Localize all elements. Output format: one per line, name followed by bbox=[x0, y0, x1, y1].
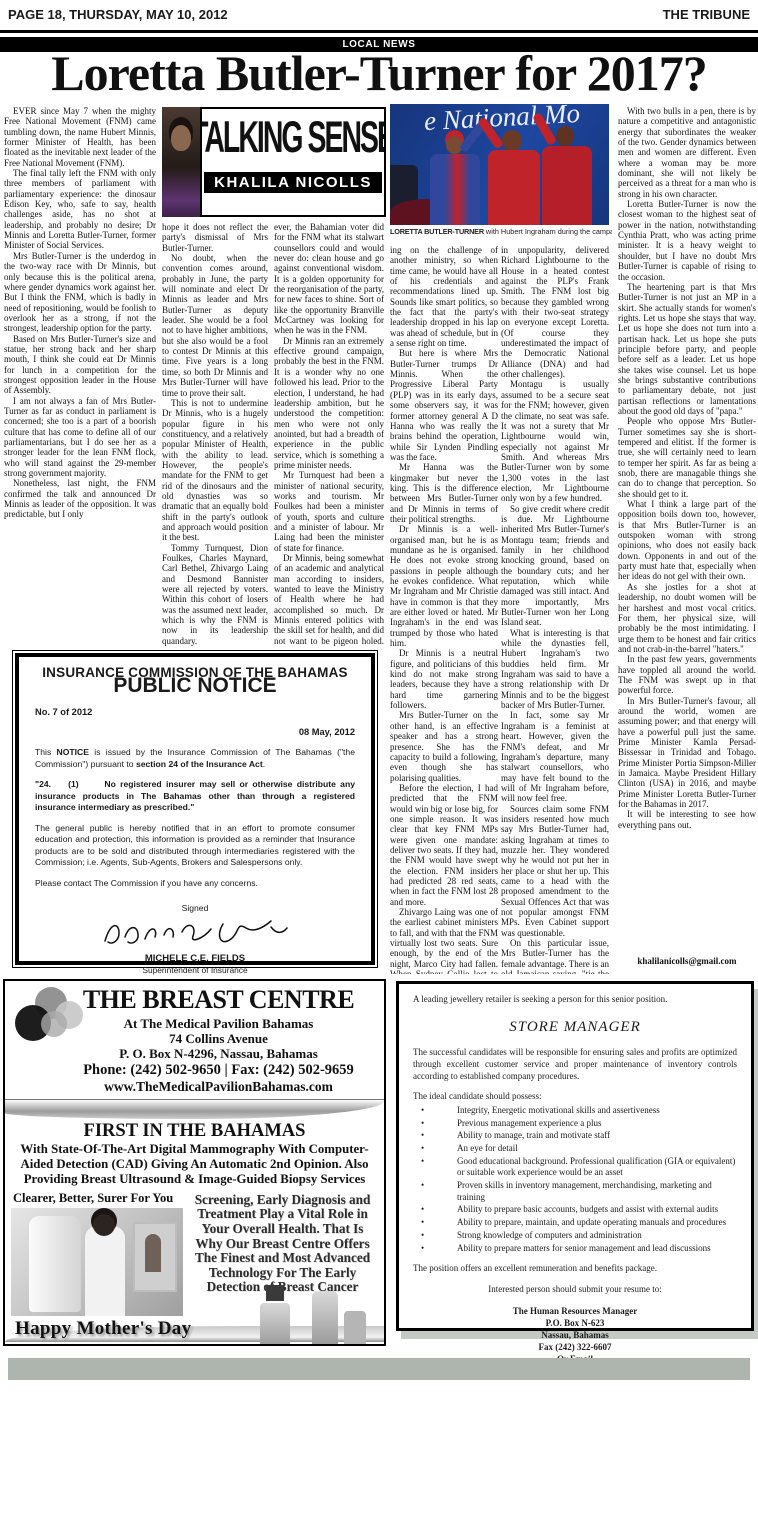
breast-centre-logo bbox=[15, 987, 81, 1045]
article-paragraph: It will be interesting to see how everyt… bbox=[618, 809, 756, 830]
requirement-item: Ability to manage, train and motivate st… bbox=[413, 1130, 737, 1142]
notice-paragraph-3: Please contact The Commission if you hav… bbox=[35, 878, 355, 890]
article-paragraph: Before the election, I had predicted tha… bbox=[390, 783, 498, 907]
article-paragraph: ing on the challenge of another ministry… bbox=[390, 245, 498, 348]
requirement-item: Ability to prepare basic accounts, budge… bbox=[413, 1204, 737, 1216]
notice-title: PUBLIC NOTICE bbox=[35, 680, 355, 692]
page-bottom-bar bbox=[8, 1358, 750, 1380]
logo-circle-mid bbox=[41, 1011, 67, 1037]
store-ad-interested: Interested person should submit your res… bbox=[413, 1284, 737, 1296]
breast-centre-line3: P. O. Box N-4296, Nassau, Bahamas bbox=[57, 1046, 380, 1061]
article-paragraph: Dr Minnis ran an extremely effective gro… bbox=[274, 336, 384, 470]
clearer-tagline: Clearer, Better, Surer For You bbox=[11, 1191, 189, 1206]
page-date: PAGE 18, THURSDAY, MAY 10, 2012 bbox=[8, 7, 228, 22]
store-manager-ad: A leading jewellery retailer is seeking … bbox=[396, 981, 754, 1331]
article-paragraph: Montagu is usually assumed to be a secur… bbox=[501, 379, 609, 503]
breast-centre-title: THE BREAST CENTRE bbox=[57, 985, 380, 1016]
article-column-3: ever, the Bahamian voter did for the FNM… bbox=[274, 222, 384, 647]
machine-shape-2 bbox=[266, 1285, 284, 1301]
contact-line: The Human Resources Manager bbox=[413, 1305, 737, 1317]
article-paragraph: ever, the Bahamian voter did for the FNM… bbox=[274, 222, 384, 336]
masthead: PAGE 18, THURSDAY, MAY 10, 2012 THE TRIB… bbox=[8, 7, 750, 22]
headline: Loretta Butler-Turner for 2017? bbox=[0, 47, 758, 100]
column-header-graphic: TALKING SENSE KHALILA NICOLLS bbox=[162, 107, 386, 217]
right-figure-body bbox=[542, 146, 592, 225]
breast-centre-line1: At The Medical Pavilion Bahamas bbox=[57, 1016, 380, 1031]
article-column-5: in unpopularity, delivered Richard Light… bbox=[501, 245, 609, 974]
mammography-machine-shape bbox=[29, 1216, 81, 1312]
store-ad-ideal-label: The ideal candidate should possess: bbox=[413, 1091, 737, 1103]
columnist-photo bbox=[162, 107, 200, 217]
article-paragraph: I am not always a fan of Mrs Butler-Turn… bbox=[4, 396, 156, 479]
equipment-image bbox=[260, 1285, 370, 1346]
column-header-box: TALKING SENSE KHALILA NICOLLS bbox=[200, 107, 386, 217]
requirement-item: Ability to prepare, maintain, and update… bbox=[413, 1217, 737, 1229]
article-column-4: ing on the challenge of another ministry… bbox=[390, 245, 498, 974]
article-paragraph: On this particular issue, Mrs Butler-Tur… bbox=[501, 938, 609, 974]
notice-date: 08 May, 2012 bbox=[35, 727, 355, 739]
article-paragraph: Mr Hanna was the kingmaker but never the… bbox=[390, 462, 498, 524]
swoosh-divider bbox=[5, 1099, 384, 1119]
article-paragraph: Mrs Butler-Turner is the underdog in the… bbox=[4, 251, 156, 334]
patient-reflection bbox=[133, 1222, 177, 1292]
requirement-item: Integrity, Energetic motivational skills… bbox=[413, 1105, 737, 1117]
article-paragraph: As she jostles for a shot at leadership,… bbox=[618, 582, 756, 654]
signature-block: Signed MICHELE C.E. FIELDS Superintenden… bbox=[35, 903, 355, 976]
masthead-rule bbox=[0, 30, 758, 33]
article-paragraph: But here is where Mrs Butler-Turner trum… bbox=[390, 348, 498, 462]
centre-figure-body bbox=[488, 150, 540, 225]
article-paragraph: In fact, some say Mr Ingraham is a femin… bbox=[501, 710, 609, 803]
article-paragraph: Sources claim some FNM insiders resented… bbox=[501, 804, 609, 938]
paper-name: THE TRIBUNE bbox=[663, 7, 750, 22]
article-paragraph: Nonetheless, last night, the FNM confirm… bbox=[4, 478, 156, 519]
article-paragraph: No doubt, when the convention comes arou… bbox=[162, 253, 268, 398]
machine-shape-4 bbox=[344, 1311, 366, 1346]
article-paragraph: in unpopularity, delivered Richard Light… bbox=[501, 245, 609, 379]
article-paragraph: hope it does not reflect the party's dis… bbox=[162, 222, 268, 253]
article-paragraph: What I think a large part of the opposit… bbox=[618, 499, 756, 582]
signed-label: Signed bbox=[35, 903, 355, 915]
breast-centre-url: www.TheMedicalPavilionBahamas.com bbox=[57, 1079, 380, 1095]
signature-image bbox=[95, 915, 295, 949]
right-figure-head bbox=[556, 126, 574, 146]
contact-line: P.O. Box N-623 bbox=[413, 1317, 737, 1329]
article-paragraph: Based on Mrs Butler-Turner's size and st… bbox=[4, 334, 156, 396]
machine-shape-3 bbox=[312, 1291, 338, 1346]
article-column-6: With two bulls in a pen, there is by nat… bbox=[618, 106, 756, 968]
article-paragraph: Zhivargo Laing was one of the earliest c… bbox=[390, 907, 498, 974]
contact-line: Fax (242) 322-6607 bbox=[413, 1341, 737, 1353]
store-ad-intro: A leading jewellery retailer is seeking … bbox=[413, 994, 737, 1006]
mammography-photo-block: Clearer, Better, Surer For You bbox=[11, 1191, 189, 1316]
article-paragraph: The blow must be the most bitter for Mr … bbox=[162, 646, 268, 647]
article-paragraph: What is interesting is that while the dy… bbox=[501, 628, 609, 711]
article-paragraph: Dr Minnis, being somewhat of an academic… bbox=[274, 553, 384, 647]
technician-silhouette bbox=[85, 1226, 125, 1316]
article-column-2: hope it does not reflect the party's dis… bbox=[162, 222, 268, 647]
article-paragraph: People who oppose Mrs Butler-Turner some… bbox=[618, 416, 756, 499]
article-paragraph: The heartening part is that Mrs Butler-T… bbox=[618, 282, 756, 416]
left-figure-body bbox=[430, 154, 480, 225]
article-paragraph: EVER since May 7 when the mighty Free Na… bbox=[4, 106, 156, 168]
requirement-item: An eye for detail bbox=[413, 1143, 737, 1155]
requirement-item: Strong knowledge of computers and admini… bbox=[413, 1230, 737, 1242]
article-paragraph: Tommy Turnquest, Dion Foulkes, Charles M… bbox=[162, 543, 268, 646]
requirement-item: Ability to prepare matters for senior ma… bbox=[413, 1243, 737, 1255]
article-paragraph: In Mrs Butler-Turner's favour, all aroun… bbox=[618, 696, 756, 810]
article-column-1: EVER since May 7 when the mighty Free Na… bbox=[4, 106, 156, 646]
article-paragraph: With two bulls in a pen, there is by nat… bbox=[618, 106, 756, 199]
article-paragraph: Dr Minnis is a neutral figure, and polit… bbox=[390, 648, 498, 710]
machine-shape-1 bbox=[260, 1303, 290, 1346]
article-paragraph: Loretta Butler-Turner is now the closest… bbox=[618, 199, 756, 282]
store-ad-paragraph-1: The successful candidates will be respon… bbox=[413, 1047, 737, 1082]
requirement-item: Previous management experience a plus bbox=[413, 1118, 737, 1130]
ad-bottom-block: Open Mon - Fri 9:00 am - 5:00 pm $100 Ca… bbox=[5, 1343, 384, 1346]
store-ad-title: STORE MANAGER bbox=[413, 1018, 737, 1038]
signature-name: MICHELE C.E. FIELDS bbox=[35, 953, 355, 965]
mammography-photo bbox=[11, 1208, 183, 1316]
column-title: TALKING SENSE bbox=[200, 113, 386, 164]
campaign-photo: e National Mo bbox=[390, 104, 609, 225]
public-notice-inner: INSURANCE COMMISSION OF THE BAHAMAS PUBL… bbox=[15, 653, 375, 965]
breast-centre-ad: THE BREAST CENTRE At The Medical Pavilio… bbox=[3, 979, 386, 1346]
column-author: KHALILA NICOLLS bbox=[204, 172, 382, 193]
breast-centre-line2: 74 Collins Avenue bbox=[57, 1031, 380, 1046]
contact-line: Nassau, Bahamas bbox=[413, 1329, 737, 1341]
photo-caption-text: with Hubert Ingraham during the campaign… bbox=[484, 227, 612, 236]
first-in-bahamas-title: FIRST IN THE BAHAMAS bbox=[5, 1121, 384, 1142]
notice-paragraph-1: This NOTICE is issued by the Insurance C… bbox=[35, 747, 355, 770]
article-paragraph: The final tally left the FNM with only t… bbox=[4, 168, 156, 251]
store-ad-paragraph-2: The position offers an excellent remuner… bbox=[413, 1263, 737, 1275]
breast-centre-phone: Phone: (242) 502-9650 | Fax: (242) 502-9… bbox=[57, 1062, 380, 1079]
author-email: khalilanicolls@gmail.com bbox=[618, 956, 756, 966]
notice-number: No. 7 of 2012 bbox=[35, 707, 355, 719]
requirement-item: Good educational background. Professiona… bbox=[413, 1156, 737, 1179]
notice-quote: "24. (1) No registered insurer may sell … bbox=[35, 779, 355, 814]
requirements-list: Integrity, Energetic motivational skills… bbox=[413, 1105, 737, 1254]
photo-caption-name: LORETTA BUTLER-TURNER bbox=[390, 227, 484, 236]
article-paragraph: This is not to undermine Dr Minnis, who … bbox=[162, 398, 268, 543]
article-paragraph: In the past few years, governments have … bbox=[618, 654, 756, 695]
article-paragraph: Dr Minnis is a well-organised man, but h… bbox=[390, 524, 498, 648]
article-paragraph: Mr Turnquest had been a minister of nati… bbox=[274, 470, 384, 553]
first-in-bahamas-text: With State-Of-The-Art Digital Mammograph… bbox=[5, 1142, 384, 1187]
photo-caption: LORETTA BUTLER-TURNER with Hubert Ingrah… bbox=[390, 227, 612, 236]
requirement-item: Proven skills in inventory management, m… bbox=[413, 1180, 737, 1203]
signature-title: Superintendent of Insurance bbox=[35, 965, 355, 977]
centre-figure-head bbox=[502, 130, 522, 151]
article-paragraph: So give credit where credit is due. Mr L… bbox=[501, 504, 609, 628]
public-notice: INSURANCE COMMISSION OF THE BAHAMAS PUBL… bbox=[12, 650, 378, 968]
article-paragraph: Mrs Butler-Turner on the other hand, is … bbox=[390, 710, 498, 782]
newspaper-page: PAGE 18, THURSDAY, MAY 10, 2012 THE TRIB… bbox=[0, 0, 758, 1537]
notice-paragraph-2: The general public is hereby notified th… bbox=[35, 823, 355, 869]
